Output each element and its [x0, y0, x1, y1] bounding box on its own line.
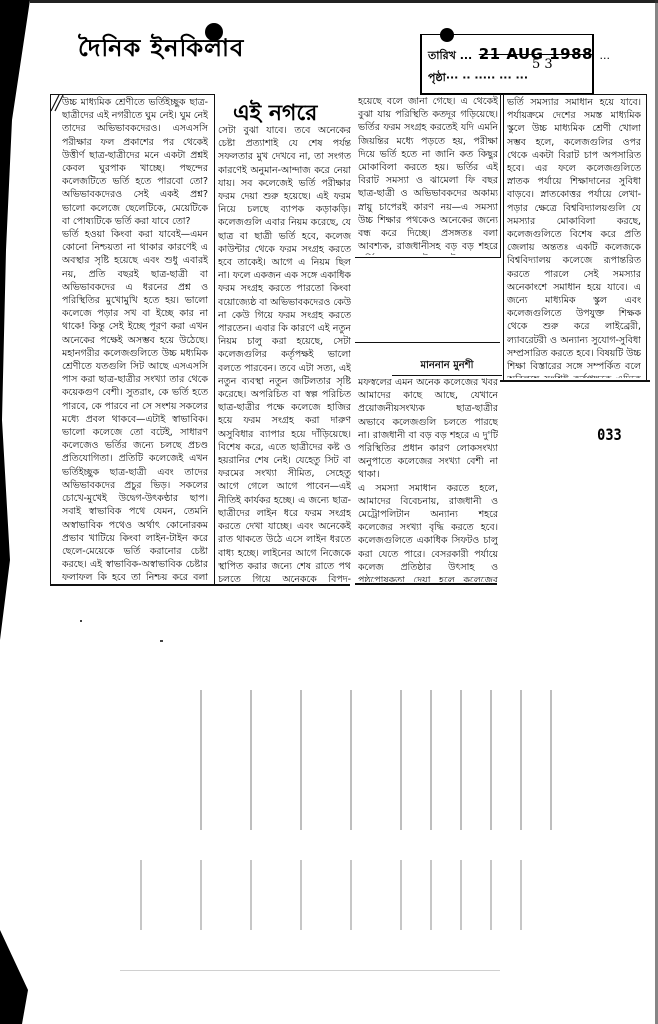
article-column-3-bottom: মফস্বলের এমন অনেক কলেজের খবর আমাদের কাছে…: [358, 376, 498, 582]
scan-edge-left: [0, 0, 34, 1024]
handwritten-page-number: 5 3: [532, 57, 553, 72]
article-column-3-top: হয়েছে বলে জানা গেছে। এ থেকেই বুঝা যায় …: [358, 95, 498, 255]
stamp-page-row: পৃষ্ঠা··· ·· ····· ··· ···: [428, 69, 528, 88]
paragraph: ভর্তি সমস্যার সমাধান হয়ে যাবে। পর্যায়ক…: [507, 96, 641, 378]
scan-edge-top: [30, 0, 658, 3]
rule-bottom-left: [50, 584, 350, 586]
paragraph: এ সমস্যা সমাধান করতে হলে, আমাদের বিবেচনা…: [358, 482, 498, 582]
scanned-newspaper-page: দৈনিক ইনকিলাব তারিখ ... 21 AUG 1988 ... …: [0, 0, 658, 1024]
paragraph: ভর্তি হওয়া কিংবা করা যাবেই—এমন কোনো নিশ…: [62, 228, 208, 582]
punch-hole-icon: [205, 23, 223, 41]
stamp-page-label: পৃষ্ঠা··· ·· ·····: [428, 71, 495, 84]
rule-bottom-mid: [355, 583, 497, 585]
archive-date-stamp: তারিখ ... 21 AUG 1988 ... 5 3 পৃষ্ঠা··· …: [420, 34, 594, 95]
article-byline: মাননান মুনশী: [392, 358, 502, 376]
stamp-date-label: তারিখ ...: [428, 49, 472, 62]
stamp-date-row: তারিখ ... 21 AUG 1988 ...: [428, 45, 610, 66]
scan-edge-fold: [0, 930, 34, 1024]
archive-number: 033: [597, 425, 622, 444]
stamp-page-suffix: ··· ···: [499, 71, 528, 84]
paragraph: উচ্চ মাধ্যমিক শ্রেণীতে ভর্তিইচ্ছুক ছাত্র…: [62, 96, 208, 228]
paragraph: হয়েছে বলে জানা গেছে। এ থেকেই বুঝা যায় …: [358, 95, 498, 255]
stamp-date-suffix: ...: [599, 49, 610, 62]
article-column-4: ভর্তি সমস্যার সমাধান হয়ে যাবে। পর্যায়ক…: [507, 96, 641, 378]
article-column-2: সেটা বুঝা যাবে। তবে অনেকের চেষ্টা প্রত্য…: [218, 124, 351, 584]
rule-col4-end: [500, 380, 650, 382]
paragraph: মফস্বলের এমন অনেক কলেজের খবর আমাদের কাছে…: [358, 376, 498, 482]
rule-byline-top: [355, 342, 500, 343]
paragraph: সেটা বুঝা যাবে। তবে অনেকের চেষ্টা প্রত্য…: [218, 124, 351, 584]
article-column-1: উচ্চ মাধ্যমিক শ্রেণীতে ভর্তিইচ্ছুক ছাত্র…: [62, 96, 208, 582]
bleed-through-noise: [60, 600, 650, 1000]
